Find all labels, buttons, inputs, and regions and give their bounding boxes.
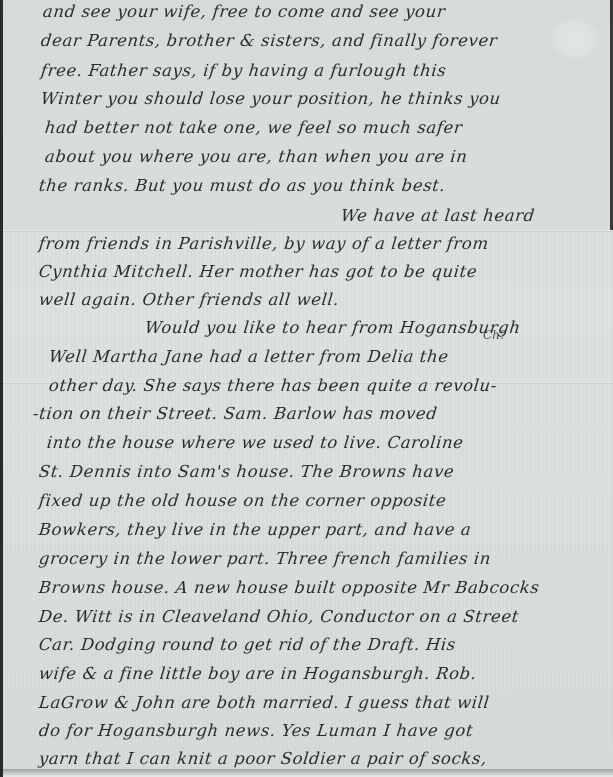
letter-line: and see your wife, free to come and see … xyxy=(42,2,446,21)
letter-line: do for Hogansburgh news. Yes Luman I hav… xyxy=(38,721,474,740)
letter-line: yarn that I can knit a poor Soldier a pa… xyxy=(38,749,488,768)
embossed-stamp xyxy=(551,20,599,58)
letter-line: wife & a fine little boy are in Hogansbu… xyxy=(38,664,478,683)
letter-line: into the house where we used to live. Ca… xyxy=(46,433,465,452)
letter-line: about you where you are, than when you a… xyxy=(44,147,469,166)
letter-line: the ranks. But you must do as you think … xyxy=(38,176,446,195)
letter-line: -tion on their Street. Sam. Barlow has m… xyxy=(32,404,439,423)
letter-line: Well Martha Jane had a letter from Delia… xyxy=(48,347,450,366)
letter-line: St. Dennis into Sam's house. The Browns … xyxy=(38,462,455,481)
letter-line: LaGrow & John are both married. I guess … xyxy=(38,693,490,712)
letter-line: had better not take one, we feel so much… xyxy=(44,118,463,137)
letter-line: free. Father says, if by having a furlou… xyxy=(40,61,447,80)
letter-line: fixed up the old house on the corner opp… xyxy=(38,491,447,510)
letter-line: Winter you should lose your position, he… xyxy=(40,89,502,108)
letter-line: Cynthia Mitchell. Her mother has got to … xyxy=(38,262,478,281)
letter-line: De. Witt is in Cleaveland Ohio, Conducto… xyxy=(38,607,520,626)
letter-line: other day. She says there has been quite… xyxy=(48,376,498,395)
letter-line: well again. Other friends all well. xyxy=(38,290,340,309)
letter-line: dear Parents, brother & sisters, and fin… xyxy=(40,31,498,50)
letter-line: Would you like to hear from Hogansburgh xyxy=(144,318,522,337)
letter-line: Browns house. A new house built opposite… xyxy=(38,578,541,597)
letter-line: grocery in the lower part. Three french … xyxy=(38,549,492,568)
letter-line: Bowkers, they live in the upper part, an… xyxy=(38,520,472,539)
letter-line: We have at last heard xyxy=(340,206,536,225)
sheet-edge xyxy=(3,230,613,232)
letter-line: from friends in Parishville, by way of a… xyxy=(38,234,490,253)
paper-bottom-edge xyxy=(3,769,613,777)
letter-line: Car. Dodging round to get rid of the Dra… xyxy=(38,635,457,654)
letter-page: Ch? and see your wife, free to come and … xyxy=(0,0,613,777)
